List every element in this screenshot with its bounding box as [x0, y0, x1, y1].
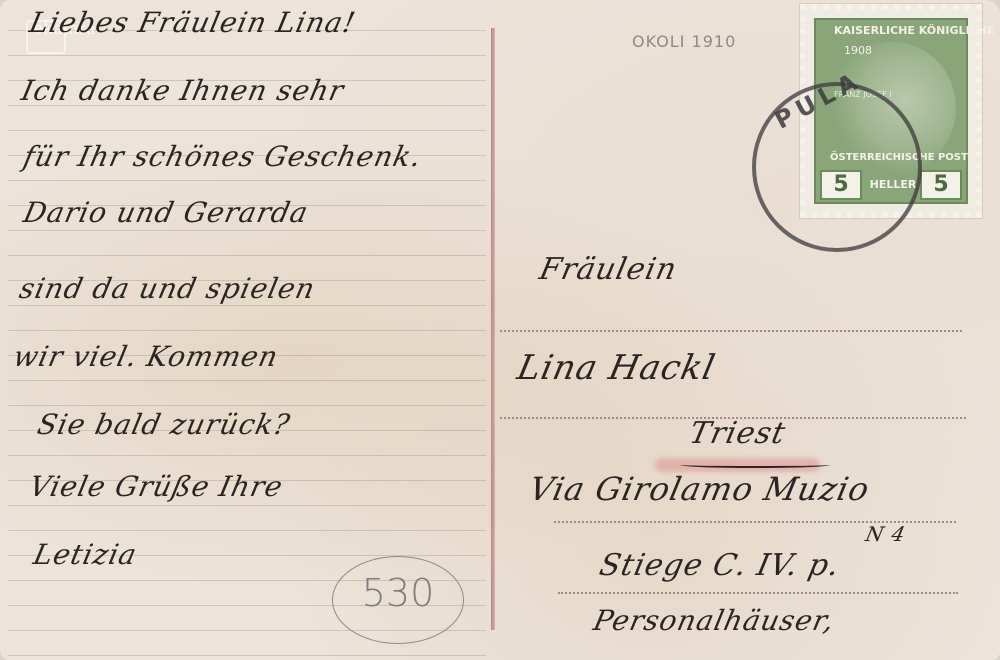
stamp-value-right: 5: [920, 170, 962, 200]
message-line-5: sind da und spielen: [16, 272, 318, 305]
archive-number-circle: 530: [332, 556, 464, 644]
address-rule-4: [558, 592, 958, 594]
address-street: Via Girolamo Muzio: [526, 470, 873, 508]
pencil-note: OKOLI 1910: [632, 32, 736, 51]
message-line-8: Viele Grüße Ihre: [26, 470, 286, 503]
address-recipient: Lina Hackl: [514, 348, 719, 388]
message-line-2: Ich danke Ihnen sehr: [18, 74, 347, 107]
center-divider: [491, 28, 495, 630]
postcard-verso: ekamra Liebes Fräulein Lina! Ich danke I…: [0, 0, 1000, 660]
address-salutation: Fräulein: [536, 252, 680, 287]
address-rule-1: [500, 330, 962, 332]
address-building: Personalhäuser,: [590, 604, 837, 637]
message-line-4: Dario und Gerarda: [20, 196, 311, 229]
address-stair: Stiege C. IV. p.: [596, 548, 843, 583]
message-signature: Letizia: [30, 538, 140, 571]
archive-number: 530: [333, 571, 463, 615]
address-city: Triest: [686, 416, 789, 451]
message-line-6: wir viel. Kommen: [10, 340, 281, 373]
stamp-year: 1908: [844, 44, 872, 57]
message-line-7: Sie bald zurück?: [34, 408, 293, 441]
message-line-1: Liebes Fräulein Lina!: [26, 6, 358, 39]
stamp-top-text: KAISERLICHE KÖNIGLICHE: [834, 24, 994, 37]
address-house-number: N 4: [863, 522, 908, 546]
message-line-3: für Ihr schönes Geschenk.: [20, 140, 424, 173]
city-underline: [680, 462, 830, 468]
